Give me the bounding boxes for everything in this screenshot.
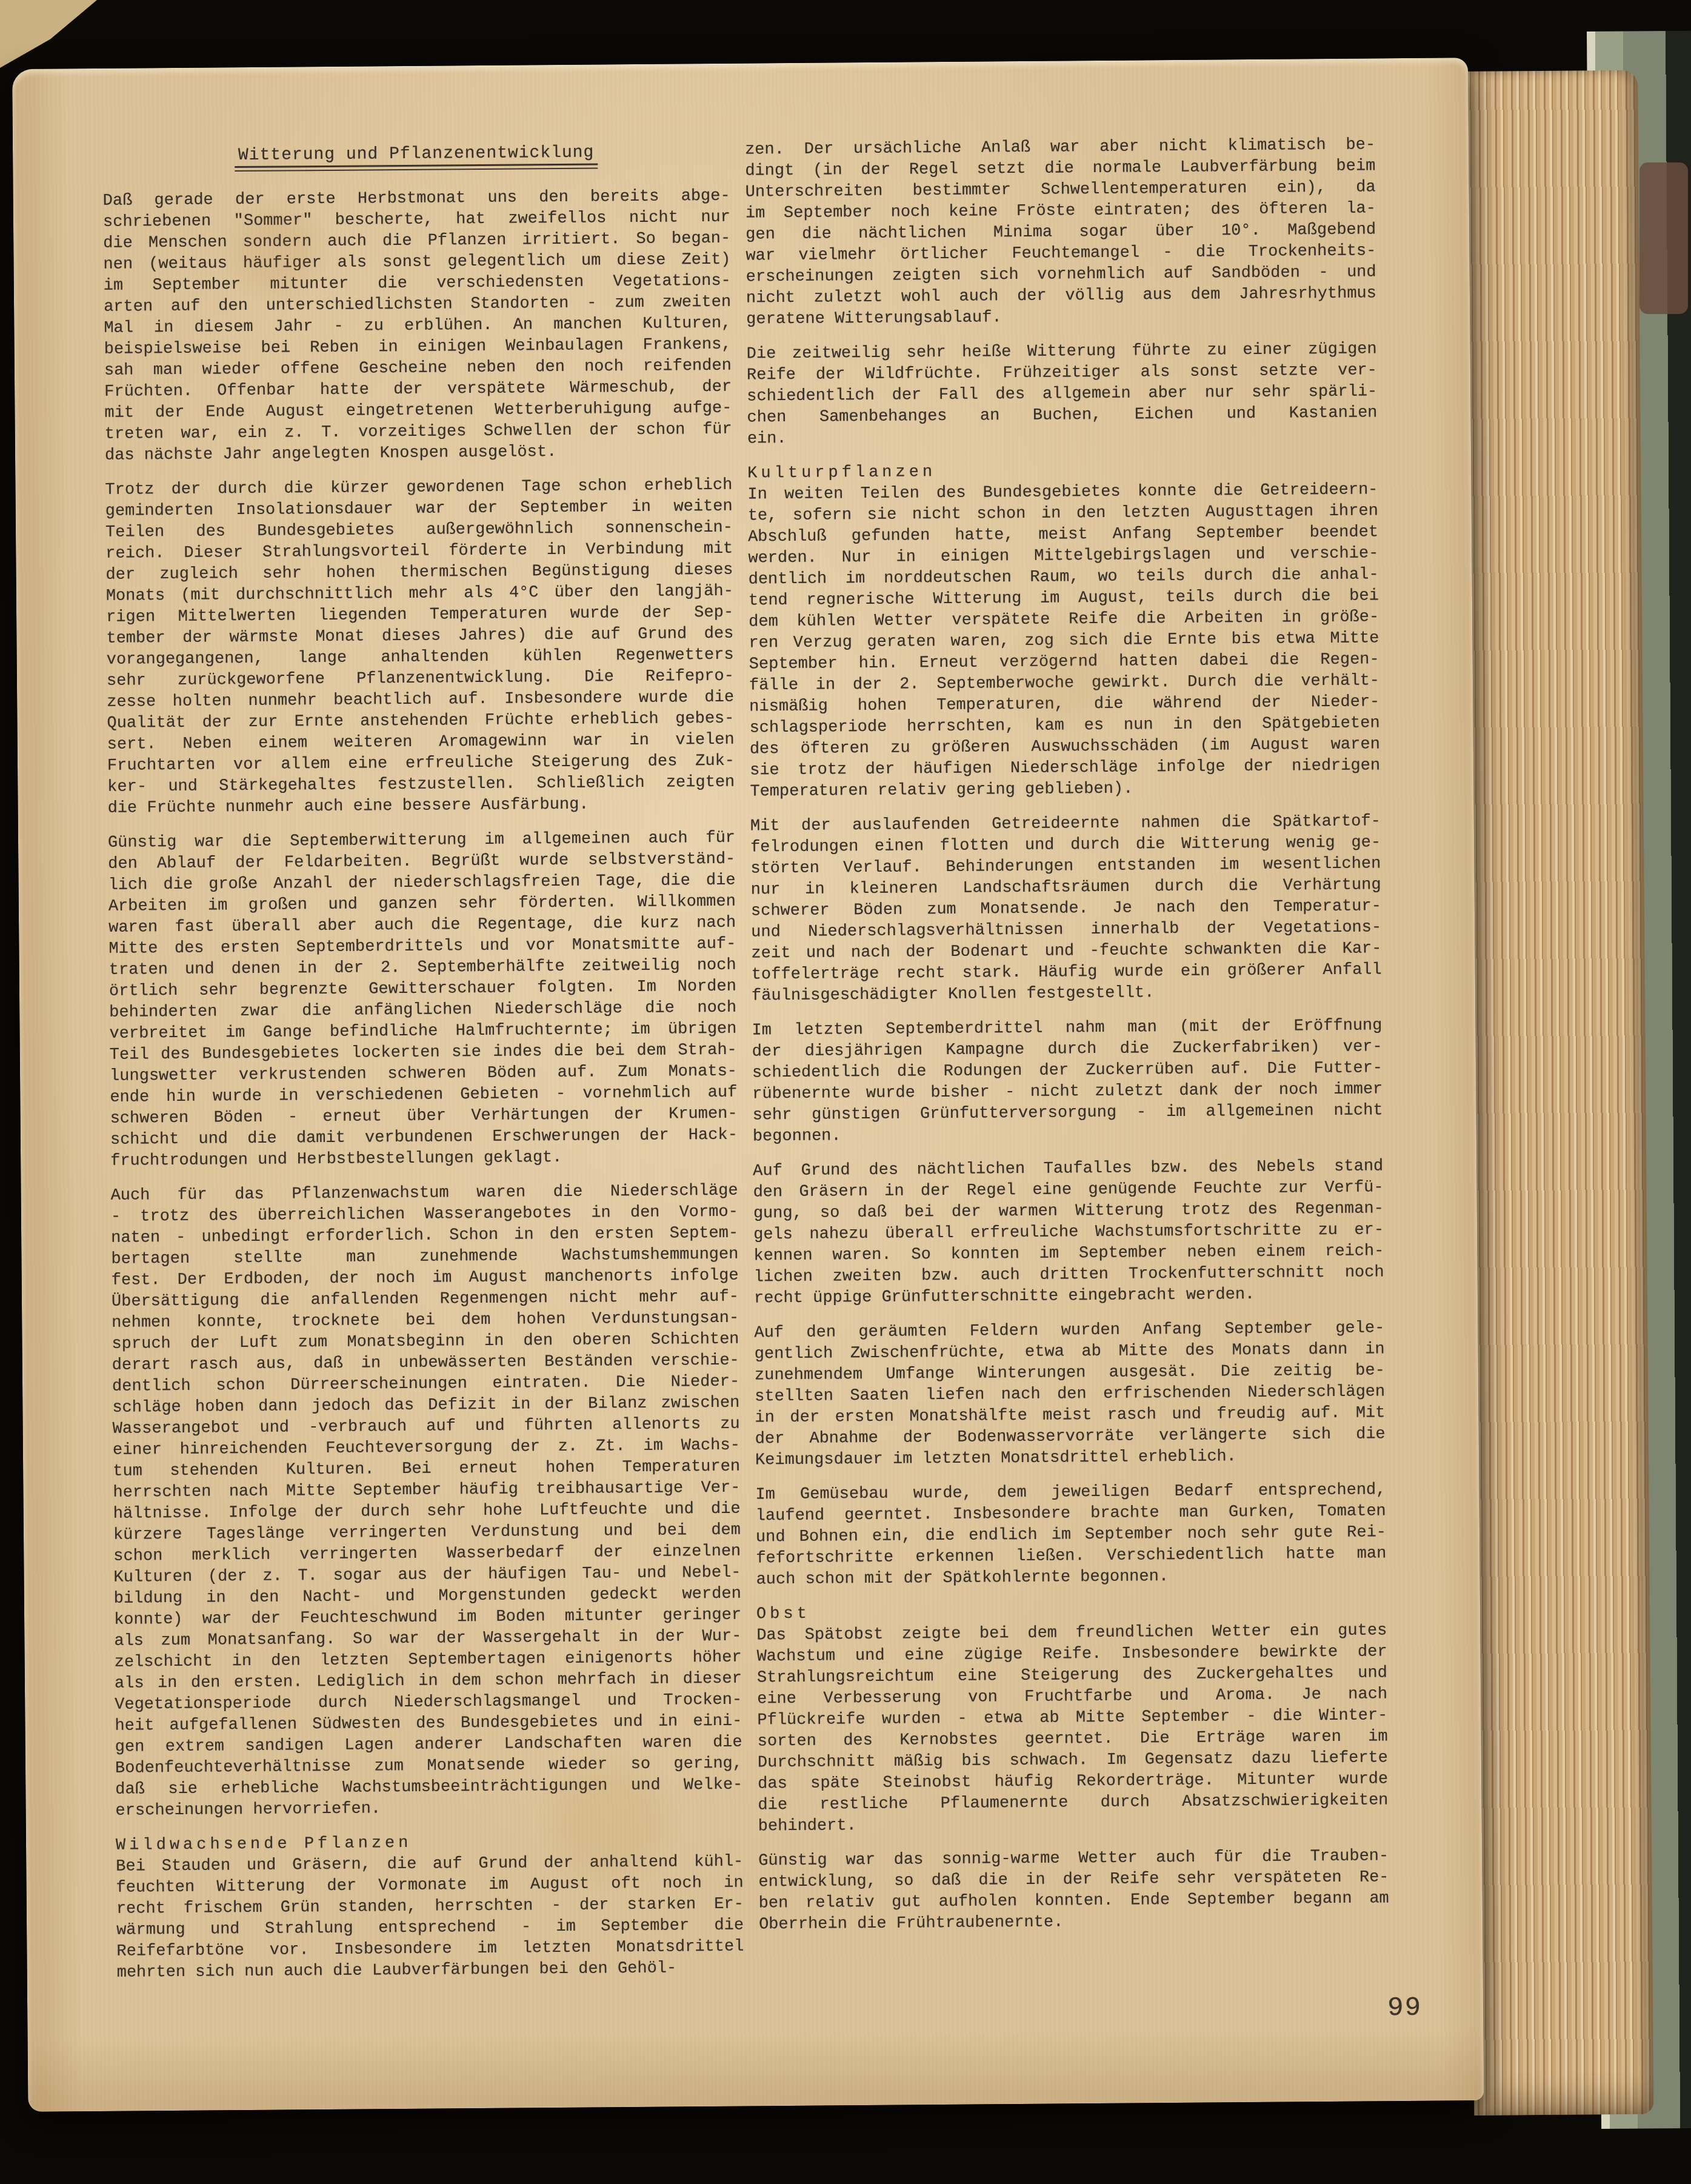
- right-column-text: zen. Der ursächliche Anlaß war aber nich…: [745, 135, 1389, 1935]
- text-line: fäulnisgeschädigter Knollen festgestellt…: [752, 981, 1382, 1007]
- cover-wear-patch: [1639, 162, 1688, 314]
- paragraph: In weiten Teilen des Bundesgebietes konn…: [747, 479, 1380, 803]
- paragraph: Auf Grund des nächtlichen Taufalles bzw.…: [753, 1156, 1384, 1309]
- paragraph: Das Spätobst zeigte bei dem freundlichen…: [756, 1620, 1389, 1837]
- text-line: Oberrhein die Frühtraubenernte.: [759, 1909, 1389, 1935]
- paragraph: Die zeitweilig sehr heiße Witterung führ…: [747, 339, 1378, 450]
- paragraph: Trotz der durch die kürzer gewordenen Ta…: [105, 475, 735, 820]
- text-line: mehrten sich nun auch die Laubverfärbung…: [117, 1958, 744, 1984]
- paragraph: Im letzten Septemberdrittel nahm man (mi…: [752, 1015, 1383, 1147]
- paragraph: Günstig war das sonnig-warme Wetter auch…: [758, 1846, 1389, 1935]
- paragraph: Im Gemüsebau wurde, dem jeweiligen Bedar…: [755, 1480, 1386, 1591]
- paragraph: Mit der auslaufenden Getreideernte nahme…: [750, 811, 1382, 1007]
- text-line: das nächste Jahr angelegten Knospen ausg…: [105, 441, 732, 467]
- left-column: Witterung und Pflanzenentwicklung Daß ge…: [102, 141, 744, 1997]
- paragraph: Auch für das Pflanzenwachstum waren die …: [110, 1181, 742, 1822]
- text-line: Temperaturen relativ gering geblieben).: [750, 776, 1380, 803]
- text-line: die Früchte nunmehr auch eine bessere Au…: [107, 793, 735, 820]
- page-title: Witterung und Pflanzenentwicklung: [235, 142, 598, 172]
- book-page: Witterung und Pflanzenentwicklung Daß ge…: [12, 58, 1484, 2112]
- page-number: 99: [1387, 1993, 1422, 2023]
- paragraph: Günstig war die Septemberwitterung im al…: [108, 828, 738, 1172]
- book-photo: Witterung und Pflanzenentwicklung Daß ge…: [0, 0, 1691, 2184]
- text-line: behindert.: [758, 1811, 1389, 1837]
- left-column-text: Daß gerade der erste Herbstmonat uns den…: [103, 186, 744, 1984]
- text-line: recht üppige Grünfutterschnitte eingebra…: [754, 1283, 1384, 1309]
- paragraph: Auf den geräumten Feldern wurden Anfang …: [754, 1318, 1386, 1471]
- paragraph: Daß gerade der erste Herbstmonat uns den…: [103, 186, 733, 467]
- paragraph: Bei Stauden und Gräsern, die auf Grund d…: [116, 1852, 744, 1984]
- text-line: geratene Witterungsablauf.: [746, 304, 1376, 330]
- paragraph: zen. Der ursächliche Anlaß war aber nich…: [745, 135, 1376, 330]
- text-line: auch schon mit der Spätkohlernte begonne…: [756, 1565, 1386, 1591]
- text-line: fruchtrodungen und Herbstbestellungen ge…: [110, 1146, 738, 1172]
- text-line: Keimungsdauer im letzten Monatsdrittel e…: [755, 1445, 1386, 1471]
- page-title-wrap: Witterung und Pflanzenentwicklung: [102, 141, 730, 173]
- text-line: erscheinungen hervorriefen.: [115, 1796, 742, 1822]
- book-fore-edge-pages: [1458, 70, 1653, 2116]
- right-column: zen. Der ursächliche Anlaß war aber nich…: [745, 135, 1389, 1949]
